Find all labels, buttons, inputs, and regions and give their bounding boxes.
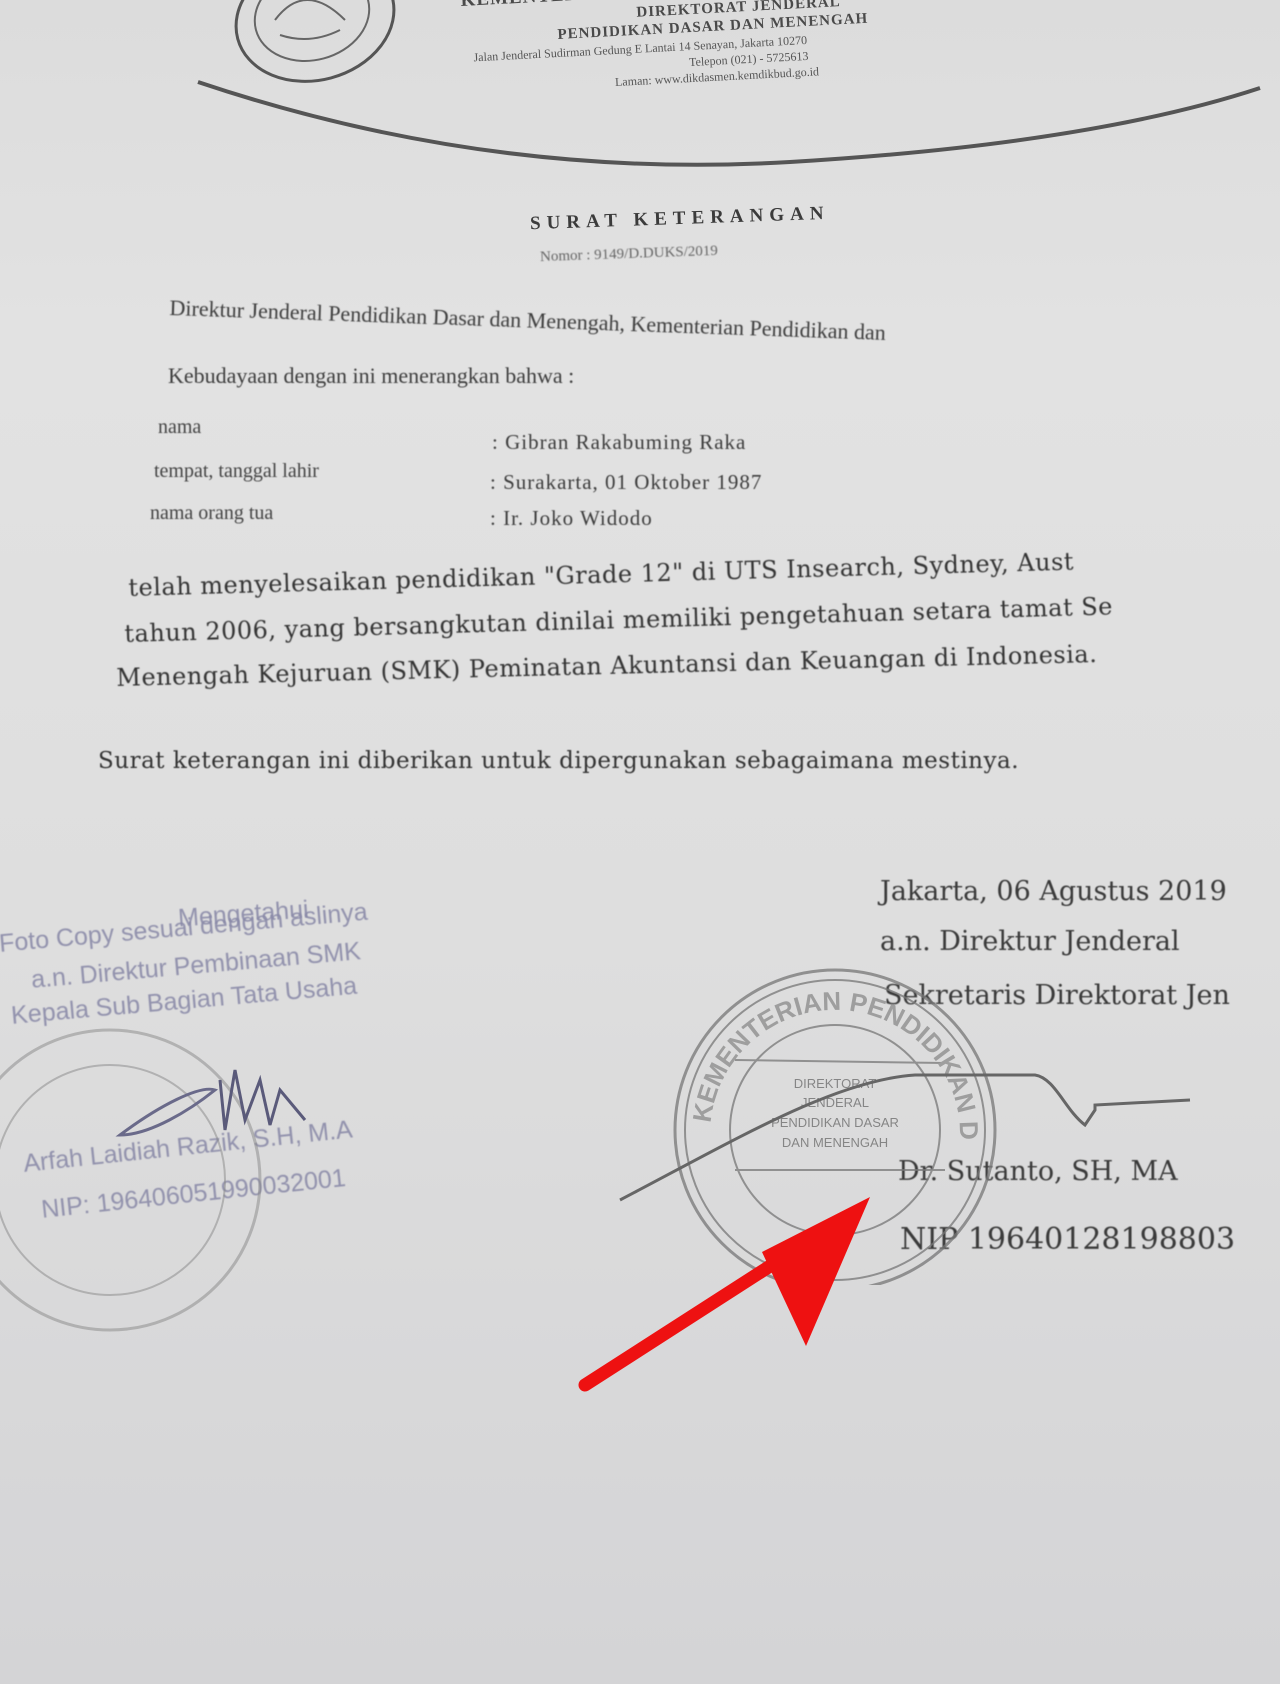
document-number: Nomor : 9149/D.DUKS/2019 bbox=[540, 243, 718, 266]
intro-line-2: Kebudayaan dengan ini menerangkan bahwa … bbox=[168, 363, 574, 389]
field-value-parent: : Ir. Joko Widodo bbox=[490, 506, 653, 531]
intro-text-1: Direktur Jenderal Pendidikan Dasar dan M… bbox=[169, 295, 886, 345]
field-label-birth: tempat, tanggal lahir bbox=[154, 460, 319, 483]
signature-place-date: Jakarta, 06 Agustus 2019 bbox=[880, 876, 1227, 907]
field-label-name: nama bbox=[158, 416, 201, 439]
intro-line-1: Direktur Jenderal Pendidikan Dasar dan M… bbox=[169, 295, 886, 346]
body-line-3: Menengah Kejuruan (SMK) Peminatan Akunta… bbox=[116, 640, 1098, 692]
field-value-name: : Gibran Rakabuming Raka bbox=[492, 430, 746, 455]
field-value-birth: : Surakarta, 01 Oktober 1987 bbox=[490, 470, 762, 495]
red-arrow-icon bbox=[570, 1180, 890, 1400]
field-label-parent: nama orang tua bbox=[150, 502, 273, 525]
signature-on-behalf: a.n. Direktur Jenderal bbox=[880, 926, 1180, 957]
body-line-2: tahun 2006, yang bersangkutan dinilai me… bbox=[124, 592, 1113, 648]
closing-sentence: Surat keterangan ini diberikan untuk dip… bbox=[98, 748, 1019, 774]
body-line-1: telah menyelesaikan pendidikan "Grade 12… bbox=[128, 548, 1074, 602]
stamp-left-seal-icon bbox=[0, 1010, 360, 1340]
document-title: SURAT KETERANGAN bbox=[530, 203, 830, 235]
letterhead-divider bbox=[190, 70, 1270, 180]
